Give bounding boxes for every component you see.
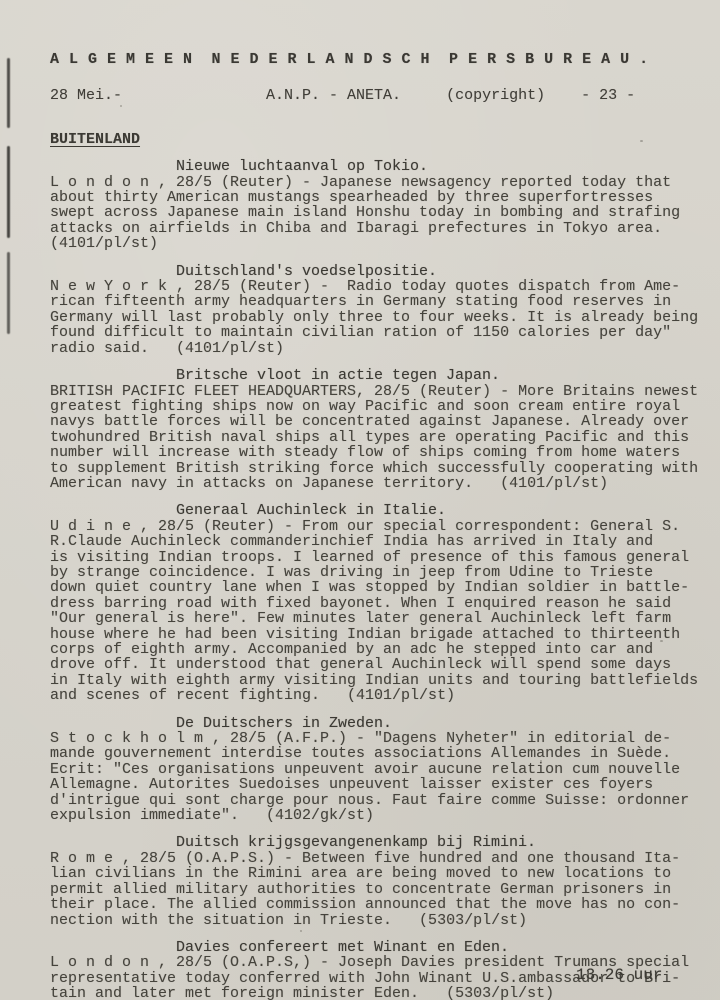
article-line: navys battle forces will be concentrated… xyxy=(50,414,698,429)
article-line: greatest fighting ships now on way Pacif… xyxy=(50,399,698,414)
article-line: d'intrigue qui sont charge pour nous. Fa… xyxy=(50,793,698,808)
article-title: Britsche vloot in actie tegen Japan. xyxy=(176,368,698,383)
article-line: number will increase with steady flow of… xyxy=(50,445,698,460)
article-line: R o m e , 28/5 (O.A.P.S.) - Between five… xyxy=(50,851,698,866)
timestamp: 13.26 uur xyxy=(576,966,662,984)
article-line: about thirty American mustangs spearhead… xyxy=(50,190,698,205)
article-line: Germany will last probably only three to… xyxy=(50,310,698,325)
article-line: and scenes of recent fighting. (4101/pl/… xyxy=(50,688,698,703)
article-line: corps of eighth army. Accompanied by an … xyxy=(50,642,698,657)
article-line: rican fifteenth army headquarters in Ger… xyxy=(50,294,698,309)
article-line: expulsion immediate". (4102/gk/st) xyxy=(50,808,698,823)
article-line: attacks on airfields in Chiba and Ibarag… xyxy=(50,221,698,236)
article-title: Nieuwe luchtaanval op Tokio. xyxy=(176,159,698,174)
article-line: swept across Japanese main island Honshu… xyxy=(50,205,698,220)
article-line: radio said. (4101/pl/st) xyxy=(50,341,698,356)
article-line: lian civilians in the Rimini area are be… xyxy=(50,866,698,881)
article-line: U d i n e , 28/5 (Reuter) - From our spe… xyxy=(50,519,698,534)
article-line: found difficult to maintain civilian rat… xyxy=(50,325,698,340)
article-line: their place. The allied commission annou… xyxy=(50,897,698,912)
article-line: L o n d o n , 28/5 (Reuter) - Japanese n… xyxy=(50,175,698,190)
article-line: nection with the situation in Trieste. (… xyxy=(50,913,698,928)
document-page: A L G E M E E N N E D E R L A N D S C H … xyxy=(50,52,698,1000)
article-line: N e w Y o r k , 28/5 (Reuter) - Radio to… xyxy=(50,279,698,294)
agency-masthead: A L G E M E E N N E D E R L A N D S C H … xyxy=(50,52,698,67)
scan-edge-mark xyxy=(7,58,10,128)
article-line: house where he had been visiting Indian … xyxy=(50,627,698,642)
article-title: Davies confereert met Winant en Eden. xyxy=(176,940,698,955)
article-line: to supplement British striking force whi… xyxy=(50,461,698,476)
dateline: 28 Mei.- A.N.P. - ANETA. (copyright) - 2… xyxy=(50,88,698,103)
article-line: "Our general is here". Few minutes later… xyxy=(50,611,698,626)
article-line: drove off. It understood that general Au… xyxy=(50,657,698,672)
article-line: twohundred British naval ships all types… xyxy=(50,430,698,445)
article-title: De Duitschers in Zweden. xyxy=(176,716,698,731)
article-line: down quiet country lane when I was stopp… xyxy=(50,580,698,595)
article-line: R.Claude Auchinleck commanderinchief Ind… xyxy=(50,534,698,549)
section-rubric: BUITENLAND xyxy=(50,132,698,147)
scan-edge-mark xyxy=(7,146,10,238)
article-line: in Italy with eighth army visiting India… xyxy=(50,673,698,688)
scan-edge-mark xyxy=(7,252,10,334)
article: Duitsch krijgsgevangenenkamp bij Rimini.… xyxy=(50,835,698,927)
article-title: Generaal Auchinleck in Italie. xyxy=(176,503,698,518)
article: Nieuwe luchtaanval op Tokio.L o n d o n … xyxy=(50,159,698,251)
article-title: Duitsch krijgsgevangenenkamp bij Rimini. xyxy=(176,835,698,850)
article: Duitschland's voedselpositie.N e w Y o r… xyxy=(50,264,698,356)
article-line: Ecrit: "Ces organisations unpeuvent avoi… xyxy=(50,762,698,777)
article-title: Duitschland's voedselpositie. xyxy=(176,264,698,279)
article-line: (4101/pl/st) xyxy=(50,236,698,251)
article-line: tain and later met foreign minister Eden… xyxy=(50,986,698,1000)
article-line: S t o c k h o l m , 28/5 (A.F.P.) - "Dag… xyxy=(50,731,698,746)
article-line: American navy in attacks on Japanese ter… xyxy=(50,476,698,491)
article-line: Allemagne. Autorites Suedoises unpeuvent… xyxy=(50,777,698,792)
article-line: BRITISH PACIFIC FLEET HEADQUARTERS, 28/5… xyxy=(50,384,698,399)
article-line: by strange coincidence. I was driving in… xyxy=(50,565,698,580)
article: De Duitschers in Zweden.S t o c k h o l … xyxy=(50,716,698,824)
article: Britsche vloot in actie tegen Japan.BRIT… xyxy=(50,368,698,491)
article-line: mande gouvernement interdise toutes asso… xyxy=(50,746,698,761)
article-line: is visiting Indian troops. I learned of … xyxy=(50,550,698,565)
article: Generaal Auchinleck in Italie.U d i n e … xyxy=(50,503,698,703)
article-line: permit allied military authorities to co… xyxy=(50,882,698,897)
article-line: dress barring road with fixed bayonet. W… xyxy=(50,596,698,611)
articles-list: Nieuwe luchtaanval op Tokio.L o n d o n … xyxy=(50,159,698,1000)
